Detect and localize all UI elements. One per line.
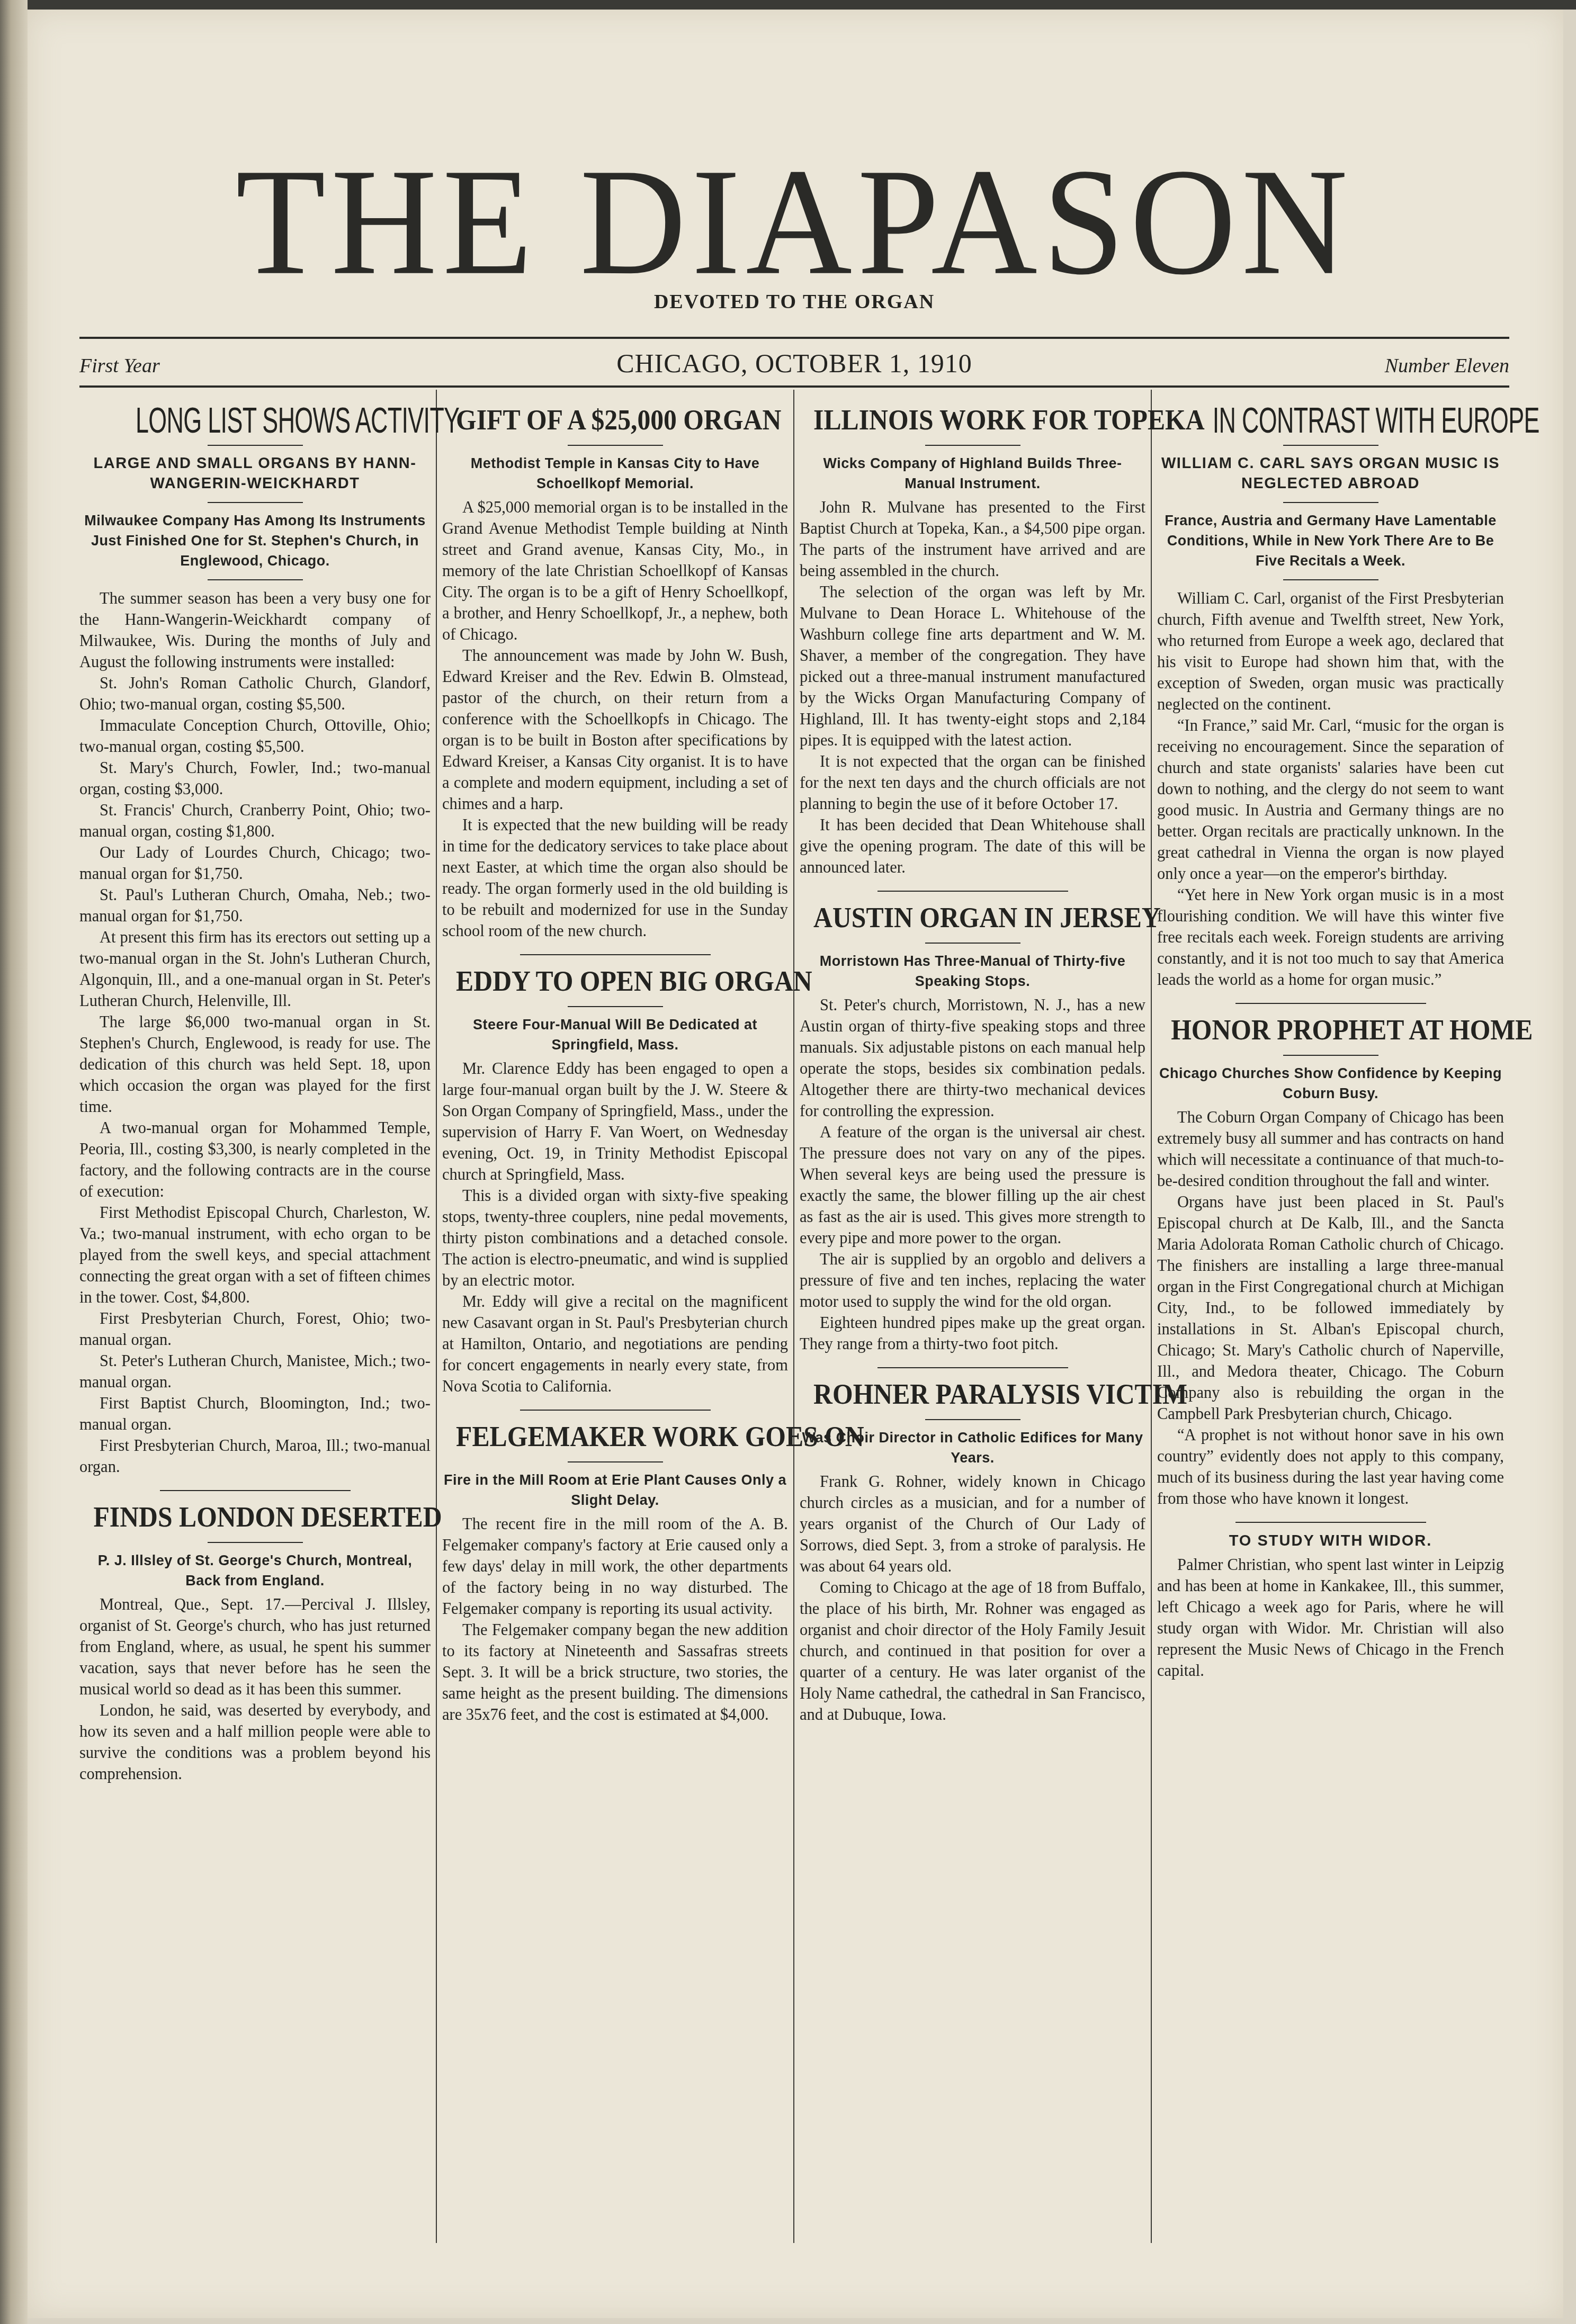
paragraph: William C. Carl, organist of the First P… [1157,588,1504,715]
article-deck: Milwaukee Company Has Among Its Instrume… [79,510,431,571]
paragraph: At present this firm has its erectors ou… [79,927,431,1011]
paragraph: St. Paul's Lutheran Church, Omaha, Neb.;… [79,884,431,927]
paragraph: First Presbyterian Church, Forest, Ohio;… [79,1308,431,1350]
article-headline: IN CONTRAST WITH EUROPE [1213,402,1448,437]
article-deck: Fire in the Mill Room at Erie Plant Caus… [442,1470,788,1510]
newspaper-page: THE DIAPASON DEVOTED TO THE ORGAN First … [28,10,1563,2318]
article-deck: Steere Four-Manual Will Be Dedicated at … [442,1015,788,1055]
article-deck: Chicago Churches Show Confidence by Keep… [1157,1063,1504,1103]
paragraph: Immaculate Conception Church, Ottoville,… [79,715,431,757]
headline-rule [208,579,303,580]
paragraph: A $25,000 memorial organ is to be instal… [442,497,788,645]
masthead-rule-top [79,337,1509,339]
paragraph: St. Peter's church, Morristown, N. J., h… [800,994,1145,1121]
headline-rule [1283,445,1378,446]
binding-spine [0,0,28,2324]
paragraph: A feature of the organ is the universal … [800,1121,1145,1249]
masthead-rule-bottom [79,385,1509,388]
article-body: A $25,000 memorial organ is to be instal… [442,497,788,941]
article-body: The Coburn Organ Company of Chicago has … [1157,1107,1504,1509]
article: FELGEMAKER WORK GOES ONFire in the Mill … [442,1410,788,1725]
article-separator [1235,1003,1426,1004]
paragraph: The announcement was made by John W. Bus… [442,645,788,814]
paragraph: It is expected that the new building wil… [442,814,788,941]
paragraph: John R. Mulvane has presented to the Fir… [800,497,1145,581]
paragraph: The selection of the organ was left by M… [800,581,1145,751]
article: LONG LIST SHOWS ACTIVITYLARGE AND SMALL … [79,403,431,1477]
paragraph: The Felgemaker company began the new add… [442,1619,788,1725]
headline-rule [925,445,1020,446]
article-separator [877,1367,1068,1368]
article: TO STUDY WITH WIDOR.Palmer Christian, wh… [1157,1522,1504,1681]
article-headline: GIFT OF A $25,000 ORGAN [456,403,774,436]
article-headline: ILLINOIS WORK FOR TOPEKA [813,403,1132,436]
article-separator [520,954,711,955]
headline-rule [208,502,303,503]
paragraph: The air is supplied by an orgoblo and de… [800,1249,1145,1312]
paragraph: It has been decided that Dean Whitehouse… [800,814,1145,878]
paragraph: Coming to Chicago at the age of 18 from … [800,1577,1145,1725]
article-body: William C. Carl, organist of the First P… [1157,588,1504,990]
article-deck: Morristown Has Three-Manual of Thirty-fi… [800,951,1145,991]
paragraph: Mr. Eddy will give a recital on the magn… [442,1291,788,1397]
headline-rule [568,1006,663,1007]
paragraph: A two-manual organ for Mohammed Temple, … [79,1117,431,1202]
dateline: CHICAGO, OCTOBER 1, 1910 [79,348,1509,379]
paragraph: Organs have just been placed in St. Paul… [1157,1191,1504,1424]
article-deck: P. J. Illsley of St. George's Church, Mo… [79,1550,431,1591]
article-headline: FINDS LONDON DESERTED [94,1501,417,1533]
paragraph: Frank G. Rohner, widely known in Chicago… [800,1471,1145,1577]
article-body: Palmer Christian, who spent last winter … [1157,1554,1504,1681]
paragraph: St. Mary's Church, Fowler, Ind.; two-man… [79,757,431,800]
headline-rule [1283,1055,1378,1056]
headline-rule [1283,579,1378,580]
headline-rule [568,445,663,446]
article-headline: FELGEMAKER WORK GOES ON [456,1420,774,1453]
paragraph: St. Francis' Church, Cranberry Point, Oh… [79,800,431,842]
paragraph: Our Lady of Lourdes Church, Chicago; two… [79,842,431,884]
publication-title: THE DIAPASON [79,145,1509,298]
article-deck: France, Austria and Germany Have Lamenta… [1157,510,1504,571]
article-deck: Methodist Temple in Kansas City to Have … [442,453,788,493]
paragraph: First Baptist Church, Bloomington, Ind.;… [79,1393,431,1435]
article: IN CONTRAST WITH EUROPEWILLIAM C. CARL S… [1157,403,1504,990]
paragraph: “Yet here in New York organ music is in … [1157,884,1504,990]
paragraph: London, he said, was deserted by everybo… [79,1700,431,1784]
column-2: GIFT OF A $25,000 ORGANMethodist Temple … [437,390,794,2243]
article-separator [520,1410,711,1411]
headline-rule [568,1461,663,1462]
headline-rule [925,943,1020,944]
article-body: St. Peter's church, Morristown, N. J., h… [800,994,1145,1354]
paragraph: It is not expected that the organ can be… [800,751,1145,814]
issue-number: Number Eleven [1385,354,1509,378]
paragraph: St. John's Roman Catholic Church, Glando… [79,672,431,715]
paragraph: The Coburn Organ Company of Chicago has … [1157,1107,1504,1191]
article: GIFT OF A $25,000 ORGANMethodist Temple … [442,403,788,941]
scan-top-edge [0,0,1576,10]
headline-rule [925,1419,1020,1420]
paragraph: The summer season has been a very busy o… [79,588,431,672]
paragraph: Mr. Clarence Eddy has been engaged to op… [442,1058,788,1185]
headline-rule [208,1542,303,1543]
article-body: Mr. Clarence Eddy has been engaged to op… [442,1058,788,1397]
headline-rule [208,445,303,446]
article-separator [877,891,1068,892]
article-body: Montreal, Que., Sept. 17.—Percival J. Il… [79,1594,431,1784]
article: FINDS LONDON DESERTEDP. J. Illsley of St… [79,1490,431,1784]
dateline-bar: First Year CHICAGO, OCTOBER 1, 1910 Numb… [79,346,1509,378]
paragraph: St. Peter's Lutheran Church, Manistee, M… [79,1350,431,1393]
article: HONOR PROPHET AT HOMEChicago Churches Sh… [1157,1003,1504,1509]
article-body: The recent fire in the mill room of the … [442,1513,788,1725]
paragraph: First Presbyterian Church, Maroa, Ill.; … [79,1435,431,1477]
paragraph: Palmer Christian, who spent last winter … [1157,1554,1504,1681]
paragraph: The recent fire in the mill room of the … [442,1513,788,1619]
article-headline: EDDY TO OPEN BIG ORGAN [456,965,774,998]
article-body: Frank G. Rohner, widely known in Chicago… [800,1471,1145,1725]
article-separator [1235,1522,1426,1523]
headline-rule [1283,502,1378,503]
article-headline: ROHNER PARALYSIS VICTIM [813,1378,1132,1411]
article-deck: WILLIAM C. CARL SAYS ORGAN MUSIC IS NEGL… [1157,453,1504,493]
tagline: DEVOTED TO THE ORGAN [79,290,1509,313]
paragraph: “A prophet is not without honor save in … [1157,1424,1504,1509]
article-body: The summer season has been a very busy o… [79,588,431,1477]
news-columns: LONG LIST SHOWS ACTIVITYLARGE AND SMALL … [79,390,1509,2243]
column-3: ILLINOIS WORK FOR TOPEKAWicks Company of… [794,390,1152,2243]
article-headline: AUSTIN ORGAN IN JERSEY [813,901,1132,934]
article-headline: LONG LIST SHOWS ACTIVITY [136,402,374,437]
article: AUSTIN ORGAN IN JERSEYMorristown Has Thr… [800,891,1145,1354]
article-separator [160,1490,351,1491]
article-headline: HONOR PROPHET AT HOME [1171,1013,1490,1046]
paragraph: This is a divided organ with sixty-five … [442,1185,788,1291]
article: ILLINOIS WORK FOR TOPEKAWicks Company of… [800,403,1145,878]
paragraph: “In France,” said Mr. Carl, “music for t… [1157,715,1504,884]
paragraph: The large $6,000 two-manual organ in St.… [79,1011,431,1117]
article-deck: LARGE AND SMALL ORGANS BY HANN-WANGERIN-… [79,453,431,493]
article-body: John R. Mulvane has presented to the Fir… [800,497,1145,878]
column-1: LONG LIST SHOWS ACTIVITYLARGE AND SMALL … [79,390,437,2243]
article-headline: TO STUDY WITH WIDOR. [1157,1532,1504,1550]
paragraph: Montreal, Que., Sept. 17.—Percival J. Il… [79,1594,431,1700]
article-deck: Wicks Company of Highland Builds Three-M… [800,453,1145,493]
column-4: IN CONTRAST WITH EUROPEWILLIAM C. CARL S… [1152,390,1509,2243]
paragraph: First Methodist Episcopal Church, Charle… [79,1202,431,1308]
article: EDDY TO OPEN BIG ORGANSteere Four-Manual… [442,954,788,1397]
paragraph: Eighteen hundred pipes make up the great… [800,1312,1145,1354]
